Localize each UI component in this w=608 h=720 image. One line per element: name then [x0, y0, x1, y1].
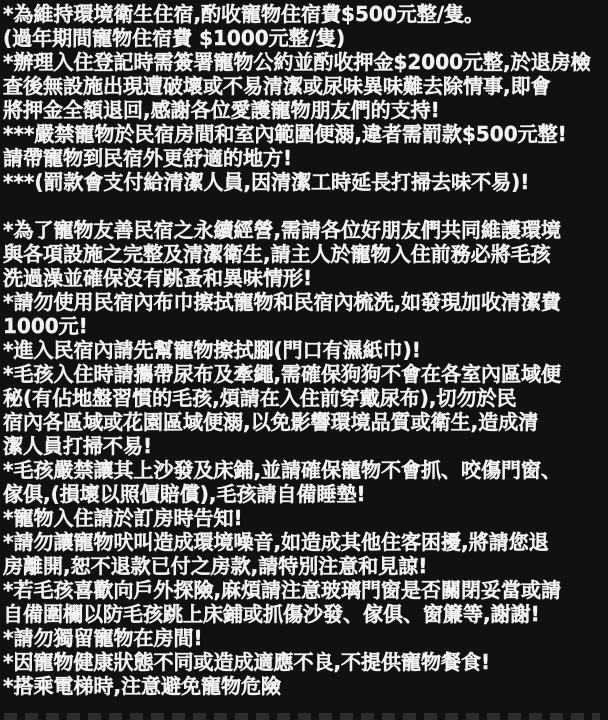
rule-line: *進入民宿內請先幫寵物擦拭腳(門口有濕紙巾)! — [3, 338, 608, 362]
rule-line: *寵物入住請於訂房時告知! — [3, 506, 608, 530]
rule-line: 傢俱,(損壞以照價賠償),毛孩請自備睡墊! — [3, 482, 608, 506]
rule-line: 秘(有佔地盤習慣的毛孩,煩請在入住前穿戴尿布),切勿於民 — [3, 386, 608, 410]
clipped-next-line-remnant — [4, 713, 600, 720]
rule-line: (過年期間寵物住宿費 $1000元整/隻) — [3, 26, 608, 50]
rule-line: 將押金全額退回,感謝各位愛護寵物朋友們的支持! — [3, 98, 608, 122]
rule-line: *毛孩入住時請攜帶尿布及牽繩,需確保狗狗不會在各室內區域便 — [3, 362, 608, 386]
rule-line: 洗過澡並確保沒有跳蚤和異味情形! — [3, 266, 608, 290]
rule-line: 1000元! — [3, 314, 608, 338]
blank-line — [3, 194, 608, 218]
rule-line: 房離開,恕不退款已付之房款,請特別注意和見諒! — [3, 554, 608, 578]
rule-line: 宿內各區域或花園區域便溺,以免影響環境品質或衛生,造成清 — [3, 410, 608, 434]
rule-line: ***嚴禁寵物於民宿房間和室內範圍便溺,違者需罰款$500元整! — [3, 122, 608, 146]
rule-line: *因寵物健康狀態不同或造成適應不良,不提供寵物餐食! — [3, 650, 608, 674]
rule-line: 自備圍欄以防毛孩跳上床鋪或抓傷沙發、傢俱、窗簾等,謝謝! — [3, 602, 608, 626]
rule-line: *辦理入住登記時需簽署寵物公約並酌收押金$2000元整,於退房檢 — [3, 50, 608, 74]
rule-line: 查後無設施出現遭破壞或不易清潔或尿味異味難去除情事,即會 — [3, 74, 608, 98]
rule-line: *請勿使用民宿內布巾擦拭寵物和民宿內梳洗,如發現加收清潔費 — [3, 290, 608, 314]
rule-line: *請勿獨留寵物在房間! — [3, 626, 608, 650]
rule-line: 與各項設施之完整及清潔衛生,請主人於寵物入住前務必將毛孩 — [3, 242, 608, 266]
rule-line: 潔人員打掃不易! — [3, 434, 608, 458]
rule-line: *為維持環境衛生住宿,酌收寵物住宿費$500元整/隻。 — [3, 2, 608, 26]
rule-line: *搭乘電梯時,注意避免寵物危險 — [3, 674, 608, 698]
rule-line: ***(罰款會支付給清潔人員,因清潔工時延長打掃去味不易)! — [3, 170, 608, 194]
rule-line: *為了寵物友善民宿之永續經營,需請各位好朋友們共同維護環境 — [3, 218, 608, 242]
rule-line: *若毛孩喜歡向戶外探險,麻煩請注意玻璃門窗是否關閉妥當或請 — [3, 578, 608, 602]
rule-line: *毛孩嚴禁讓其上沙發及床鋪,並請確保寵物不會抓、咬傷門窗、 — [3, 458, 608, 482]
rule-line: *請勿讓寵物吠叫造成環境噪音,如造成其他住客困擾,將請您退 — [3, 530, 608, 554]
pet-rules-notice-text: *為維持環境衛生住宿,酌收寵物住宿費$500元整/隻。(過年期間寵物住宿費 $1… — [3, 2, 608, 698]
rule-line: 請帶寵物到民宿外更舒適的地方! — [3, 146, 608, 170]
